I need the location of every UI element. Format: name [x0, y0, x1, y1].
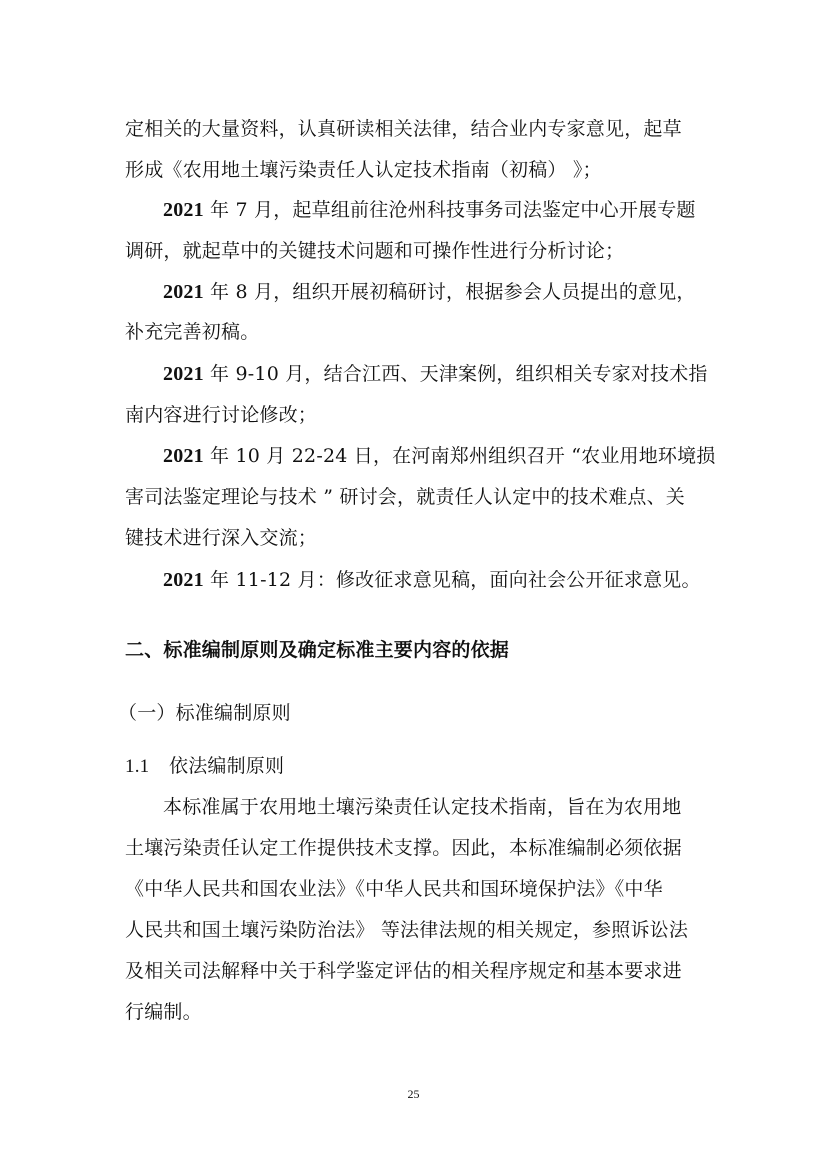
- clause-heading: 1.1依法编制原则: [125, 754, 284, 779]
- timeline-text: 年 8 月，组织开展初稿研讨，根据参会人员提出的意见，: [204, 281, 696, 303]
- paragraph-line: 土壤污染责任认定工作提供技术支撑。因此，本标准编制必须依据: [125, 836, 682, 860]
- document-page: 定相关的大量资料，认真研读相关法律，结合业内专家意见，起草 形成《农用地土壤污染…: [0, 0, 827, 1169]
- year: 2021: [163, 445, 204, 467]
- paragraph-line: 调研，就起草中的关键技术问题和可操作性进行分析讨论；: [125, 239, 624, 263]
- paragraph-line: 本标准属于农用地土壤污染责任认定技术指南，旨在为农用地: [163, 795, 681, 819]
- year: 2021: [163, 363, 204, 385]
- paragraph-line: 键技术进行深入交流；: [125, 526, 317, 550]
- timeline-text: 年 7 月，起草组前往沧州科技事务司法鉴定中心开展专题: [204, 199, 696, 221]
- timeline-text: 年 10 月 22-24 日，在河南郑州组织召开 “农业用地环境损: [204, 445, 716, 467]
- clause-title: 依法编制原则: [169, 755, 284, 777]
- timeline-item-oct: 2021 年 10 月 22-24 日，在河南郑州组织召开 “农业用地环境损: [163, 444, 716, 468]
- year: 2021: [163, 281, 204, 303]
- paragraph-line: 人民共和国土壤污染防治法》 等法律法规的相关规定，参照诉讼法: [125, 918, 688, 942]
- clause-number: 1.1: [125, 755, 169, 779]
- paragraph-line: 及相关司法解释中关于科学鉴定评估的相关程序规定和基本要求进: [125, 959, 682, 983]
- timeline-item-sep-oct: 2021 年 9-10 月，结合江西、天津案例，组织相关专家对技术指: [163, 362, 708, 386]
- paragraph-line: 行编制。: [125, 1000, 202, 1024]
- timeline-item-aug: 2021 年 8 月，组织开展初稿研讨，根据参会人员提出的意见，: [163, 280, 696, 304]
- paragraph-line: 形成《农用地土壤污染责任人认定技术指南（初稿） 》；: [125, 158, 602, 182]
- page-number: 25: [0, 1087, 827, 1102]
- year: 2021: [163, 569, 204, 591]
- subsection-heading: （一）标准编制原则: [118, 701, 291, 725]
- timeline-item-jul: 2021 年 7 月，起草组前往沧州科技事务司法鉴定中心开展专题: [163, 198, 696, 222]
- timeline-text: 年 9-10 月，结合江西、天津案例，组织相关专家对技术指: [204, 363, 708, 385]
- timeline-text: 年 11-12 月：修改征求意见稿，面向社会公开征求意见。: [204, 569, 701, 591]
- paragraph-line: 南内容进行讨论修改；: [125, 403, 317, 427]
- paragraph-line: 《中华人民共和国农业法》《中华人民共和国环境保护法》《中华: [125, 877, 663, 901]
- paragraph-line: 补充完善初稿。: [125, 320, 259, 344]
- section-heading: 二、标准编制原则及确定标准主要内容的依据: [125, 638, 509, 662]
- year: 2021: [163, 199, 204, 221]
- paragraph-line: 害司法鉴定理论与技术 ” 研讨会，就责任人认定中的技术难点、关: [125, 485, 685, 509]
- paragraph-line: 定相关的大量资料，认真研读相关法律，结合业内专家意见，起草: [125, 117, 682, 141]
- timeline-item-nov-dec: 2021 年 11-12 月：修改征求意见稿，面向社会公开征求意见。: [163, 568, 701, 592]
